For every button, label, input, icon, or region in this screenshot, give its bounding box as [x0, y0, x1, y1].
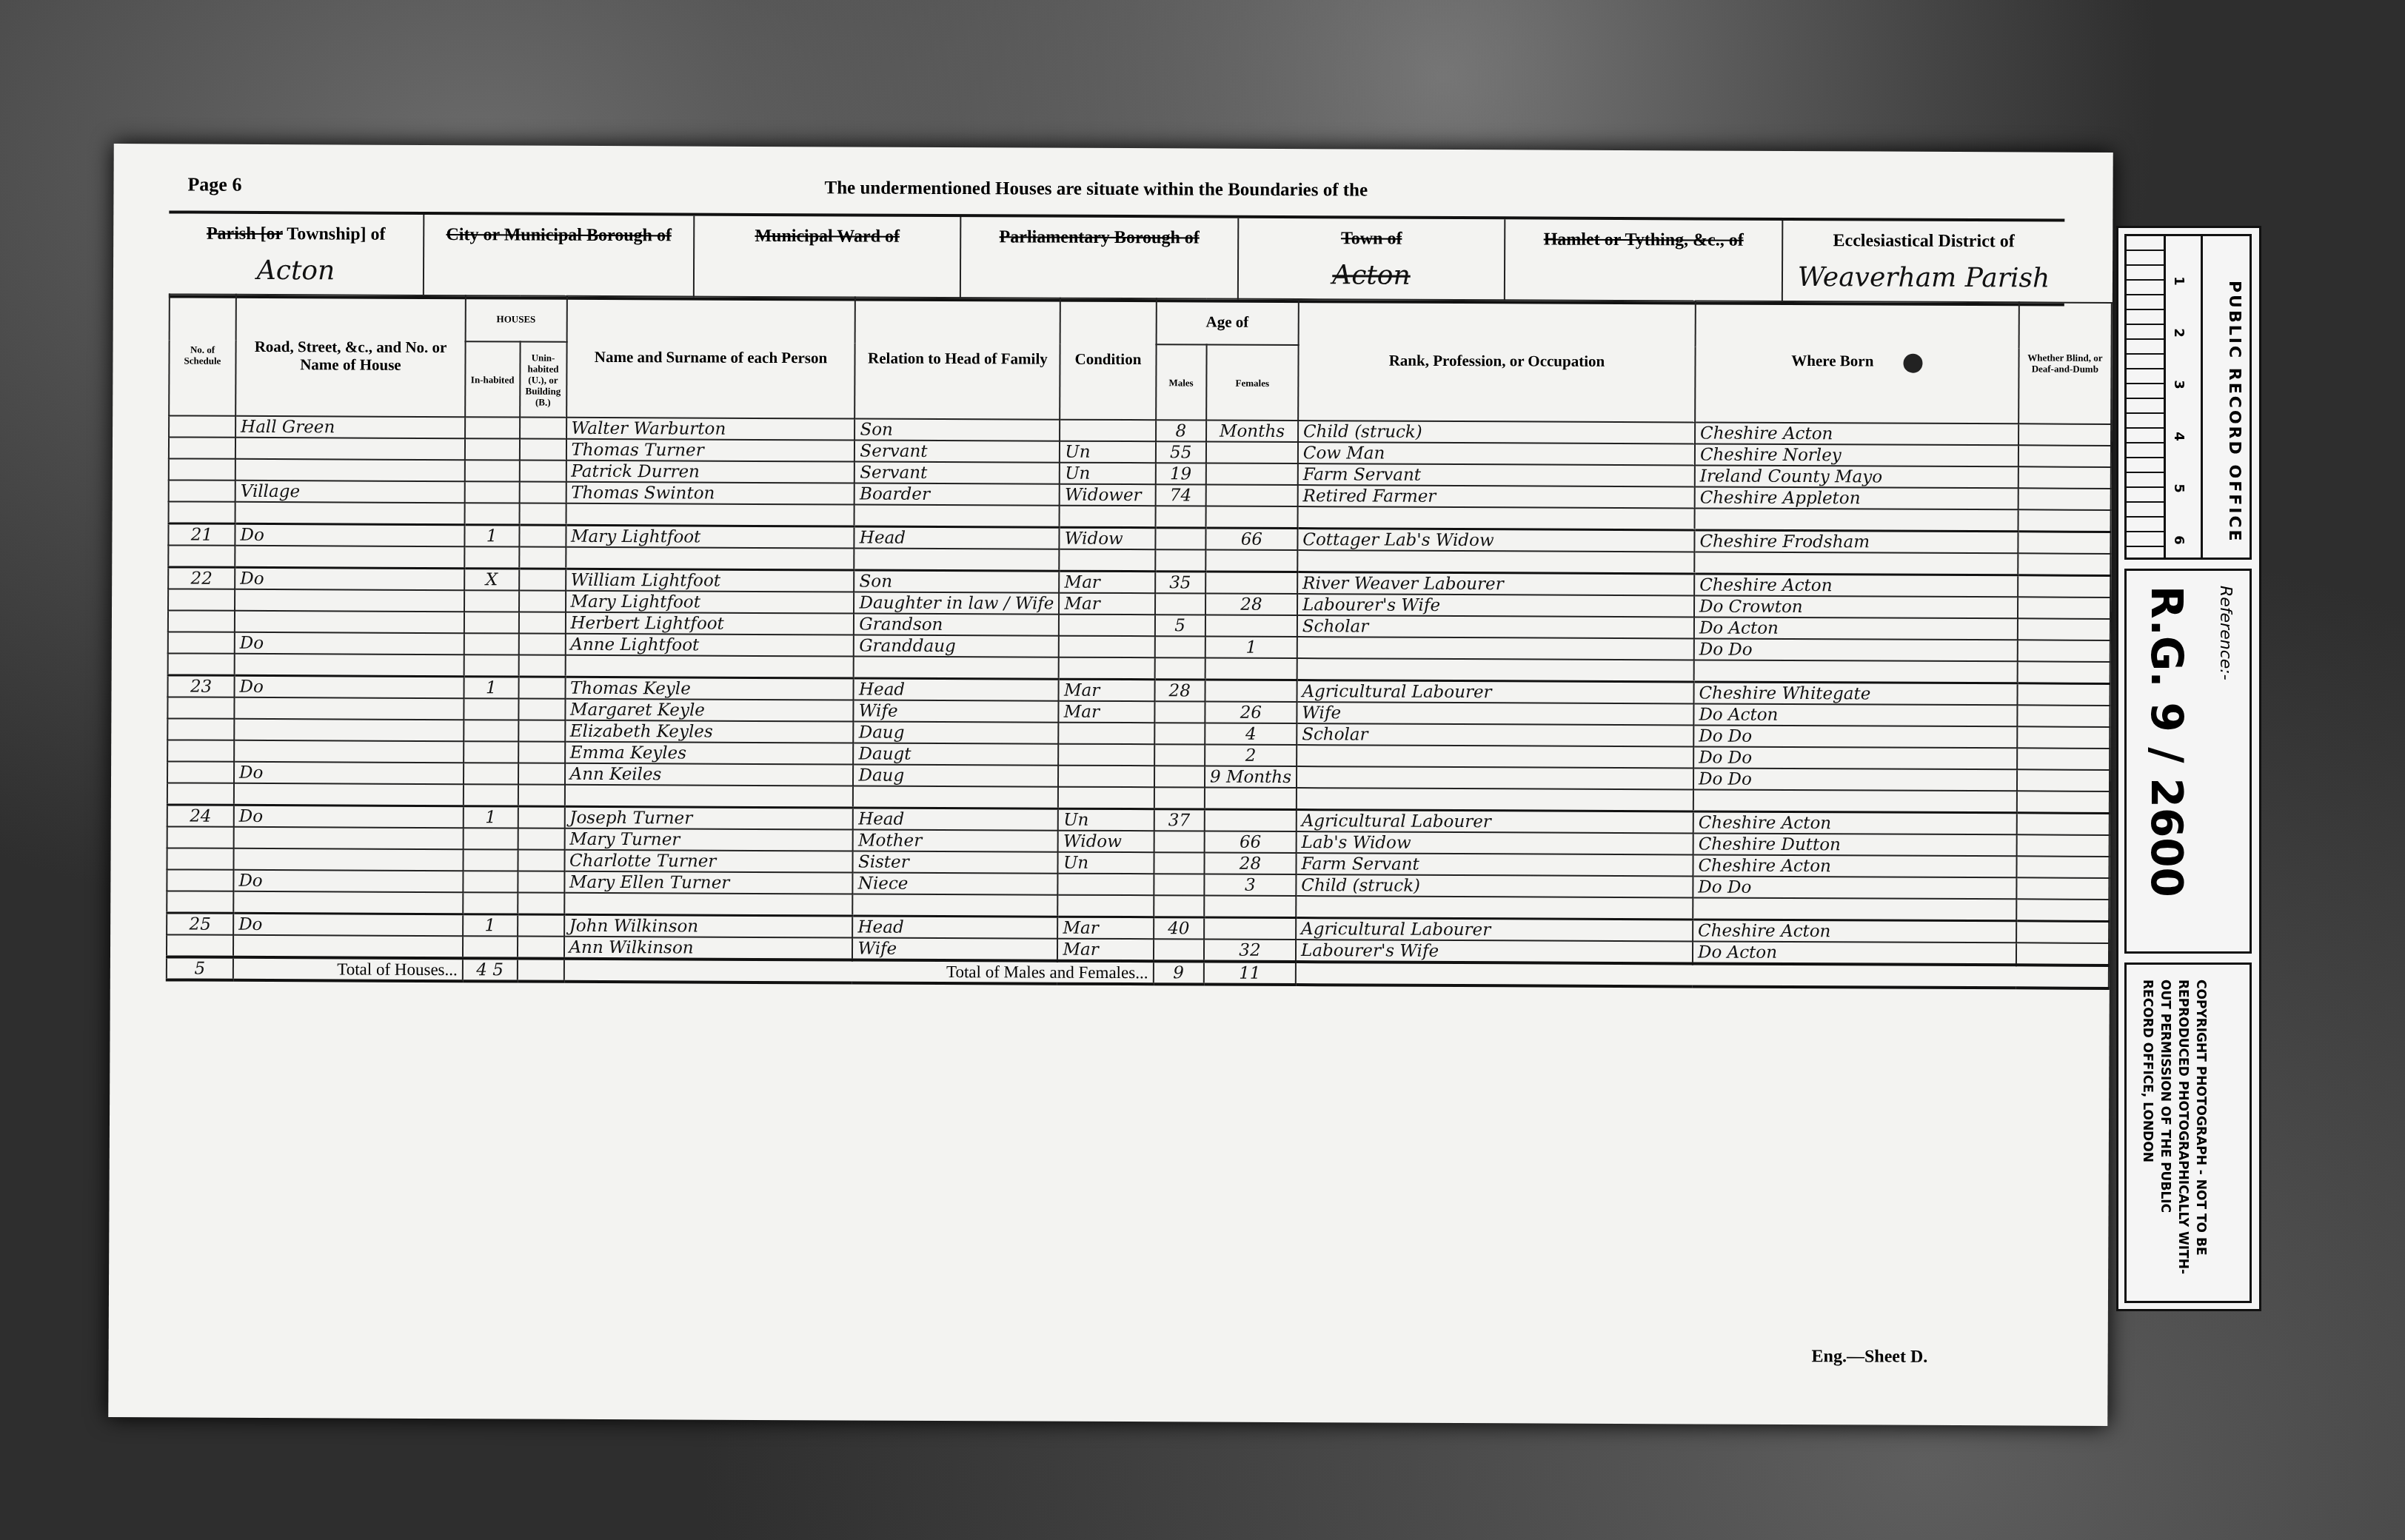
cell-condition [1060, 549, 1155, 572]
cell-relation: Head [854, 526, 1060, 549]
cell-condition: Mar [1058, 917, 1154, 939]
cell-condition [1059, 636, 1154, 658]
cell-infirmity [2017, 705, 2110, 727]
cell-born: Cheshire Acton [1693, 811, 2017, 834]
cell-schedule [169, 415, 235, 437]
cell-male-age: 55 [1155, 441, 1206, 463]
boundary-label: Ecclesiastical District of [1783, 231, 2064, 252]
cell-occupation [1297, 766, 1693, 789]
cell-condition [1058, 787, 1154, 809]
total-males: 9 [1153, 961, 1204, 984]
col-schedule: No. of Schedule [169, 294, 236, 415]
cell-born: Ireland County Mayo [1695, 465, 2018, 488]
cell-relation: Head [853, 916, 1058, 939]
cell-relation: Son [854, 418, 1060, 441]
col-condition: Condition [1060, 298, 1157, 421]
cell-road [234, 719, 464, 741]
cell-road [235, 589, 464, 612]
cell-condition: Mar [1059, 701, 1154, 723]
cell-name: Patrick Durren [566, 461, 854, 483]
cell-occupation: Farm Servant [1298, 463, 1695, 486]
cell-female-age [1205, 809, 1297, 831]
cell-infirmity [2018, 553, 2110, 575]
reference-code: R.G. 9 / 2600 [2141, 586, 2192, 897]
cell-schedule: 23 [168, 675, 235, 697]
cell-born: Cheshire Appleton [1695, 486, 2018, 509]
cell-road [233, 935, 463, 958]
cell-born: Cheshire Norley [1695, 443, 2018, 466]
cell-infirmity [2016, 921, 2109, 943]
cell-relation: Daug [854, 721, 1059, 743]
cell-infirmity [2017, 769, 2110, 791]
cell-female-age: Months [1206, 421, 1298, 443]
ruler-number: 4 [2171, 432, 2187, 441]
ruler-number: 6 [2171, 535, 2187, 545]
cell-schedule: 21 [168, 523, 235, 546]
cell-occupation: Wife [1297, 702, 1693, 725]
cell-schedule [169, 437, 235, 458]
cell-uninhabited [518, 612, 565, 634]
cell-condition: Un [1060, 441, 1155, 463]
struck-label: Municipal Ward of [695, 227, 960, 248]
cell-born: Do Acton [1694, 617, 2018, 640]
cell-male-age: 74 [1155, 484, 1206, 506]
cell-born [1694, 552, 2018, 575]
boundary-municipal-borough: City or Municipal Borough of [424, 215, 695, 298]
cell-male-age [1155, 528, 1206, 550]
cell-inhabited [464, 698, 518, 720]
cell-male-age: 37 [1154, 809, 1205, 831]
cell-uninhabited [519, 482, 566, 503]
cell-male-age [1154, 657, 1205, 680]
cell-road: Do [235, 523, 464, 546]
cell-road [235, 502, 465, 525]
cell-condition: Mar [1057, 939, 1153, 962]
cell-road [234, 697, 464, 720]
cell-female-age: 66 [1205, 528, 1297, 550]
cell-occupation [1297, 658, 1694, 682]
cell-road [234, 740, 464, 763]
cell-occupation: River Weaver Labourer [1297, 572, 1694, 596]
cell-male-age [1154, 831, 1205, 852]
cell-uninhabited [518, 655, 565, 677]
cell-uninhabited [518, 850, 564, 871]
cell-occupation: Cow Man [1298, 442, 1695, 465]
cell-inhabited: X [464, 569, 519, 591]
cell-occupation: Lab's Widow [1297, 831, 1693, 854]
col-occupation: Rank, Profession, or Occupation [1298, 299, 1696, 422]
cell-female-age: 3 [1204, 874, 1296, 897]
cell-uninhabited [520, 418, 566, 439]
cell-female-age [1206, 442, 1298, 464]
cell-born: Do Do [1693, 746, 2017, 769]
cell-occupation [1297, 637, 1694, 660]
cell-relation: Wife [854, 700, 1059, 722]
cell-occupation: Child (struck) [1296, 874, 1693, 897]
cell-male-age: 5 [1154, 615, 1205, 636]
cell-born: Cheshire Acton [1694, 574, 2018, 597]
cell-occupation: Cottager Lab's Widow [1297, 529, 1694, 552]
boundaries-header: Parish [or Township] of Acton City or Mu… [169, 210, 2064, 306]
cell-schedule [167, 697, 234, 718]
cell-relation: Son [854, 570, 1060, 593]
cell-schedule: 22 [168, 567, 235, 589]
cell-uninhabited [519, 569, 566, 591]
total-females: 11 [1204, 962, 1296, 985]
page-number: Page 6 [187, 174, 241, 196]
cell-condition: Un [1058, 852, 1154, 874]
cell-born: Cheshire Acton [1695, 422, 2018, 445]
cell-road: Village [235, 481, 465, 503]
cell-female-age [1205, 788, 1297, 810]
cell-inhabited [463, 936, 518, 958]
cell-relation: Daughter in law / Wife [854, 592, 1059, 614]
cell-name: Charlotte Turner [564, 850, 853, 873]
ruler-title: PUBLIC RECORD OFFICE [2225, 281, 2244, 543]
cell-condition: Widow [1060, 527, 1155, 549]
town-value: Acton [1239, 260, 1504, 292]
cell-relation: Servant [854, 440, 1060, 462]
cell-born [1693, 789, 2017, 812]
cell-relation: Daugt [854, 743, 1059, 765]
cell-male-age [1154, 636, 1205, 657]
cell-infirmity [2017, 791, 2110, 813]
cell-female-age [1204, 917, 1296, 940]
cell-infirmity [2018, 597, 2110, 619]
cell-uninhabited [519, 503, 566, 526]
boundary-municipal-ward: Municipal Ward of [695, 216, 961, 299]
copyright-text: COPYRIGHT PHOTOGRAPH - NOT TO BE REPRODU… [2138, 980, 2210, 1274]
cell-name [564, 893, 853, 916]
cell-male-age [1155, 506, 1206, 528]
cell-schedule [168, 589, 235, 610]
cell-condition [1058, 895, 1154, 917]
punch-hole-icon [1903, 353, 1922, 372]
total-schedules: 5 [167, 957, 233, 980]
cell-condition [1058, 874, 1154, 896]
cell-inhabited [463, 892, 518, 914]
cell-name: Thomas Turner [566, 439, 854, 462]
col-name: Name and Surname of each Person [566, 296, 856, 419]
cell-inhabited [465, 438, 520, 460]
cell-female-age [1205, 615, 1297, 637]
cell-female-age [1206, 485, 1298, 507]
boundary-label: Township] of [287, 224, 385, 244]
cell-road [235, 611, 464, 633]
total-houses-label: Total of Houses... [233, 957, 463, 981]
cell-inhabited [464, 590, 519, 612]
cell-uninhabited [518, 720, 565, 742]
struck-label: Hamlet or Tything, &c., of [1505, 230, 1782, 251]
boundaries-banner: The undermentioned Houses are situate wi… [824, 178, 1368, 201]
ruler-numbers: 1 2 3 4 5 6 [2164, 236, 2203, 558]
cell-relation: Granddaug [854, 635, 1059, 657]
cell-uninhabited [518, 806, 564, 828]
cell-inhabited: 1 [463, 914, 518, 937]
boundary-ecclesiastical: Ecclesiastical District of Weaverham Par… [1783, 221, 2064, 304]
cell-schedule: 24 [167, 805, 234, 827]
cell-road: Do [235, 675, 464, 698]
cell-name: Mary Ellen Turner [564, 871, 853, 894]
cell-female-age: 28 [1204, 853, 1296, 875]
cell-relation [853, 786, 1058, 808]
struck-label: Parish [or [207, 224, 283, 244]
cell-inhabited [464, 763, 518, 784]
cell-condition: Un [1060, 463, 1155, 485]
cell-relation: Servant [854, 461, 1060, 483]
cell-road [235, 459, 465, 481]
cell-infirmity [2016, 877, 2109, 900]
cell-name: Margaret Keyle [565, 699, 854, 722]
col-uninhabited: Unin-habited (U.), or Building (B.) [520, 342, 566, 418]
cell-schedule [169, 458, 235, 480]
cell-male-age [1154, 701, 1205, 723]
cell-male-age [1154, 895, 1205, 917]
cell-relation: Wife [852, 937, 1057, 960]
cell-schedule [168, 610, 235, 632]
cell-born: Do Acton [1693, 703, 2017, 726]
cell-born: Do Do [1693, 725, 2017, 748]
cell-born [1695, 508, 2018, 531]
sheet-footer: Eng.—Sheet D. [1812, 1347, 1928, 1367]
cell-uninhabited [519, 547, 566, 569]
total-uninhabited [517, 959, 563, 982]
cell-condition: Un [1058, 808, 1154, 831]
cell-uninhabited [519, 461, 566, 482]
cell-road [234, 827, 464, 849]
cell-male-age [1154, 787, 1205, 809]
cell-uninhabited [518, 699, 565, 720]
cell-female-age: 4 [1205, 723, 1297, 746]
cell-born [1693, 897, 2016, 920]
cell-uninhabited [518, 677, 565, 699]
cell-inhabited [464, 654, 519, 677]
cell-relation: Boarder [854, 483, 1060, 505]
col-age-of: Age of [1156, 298, 1299, 345]
cell-born: Do Do [1693, 768, 2017, 791]
totals-blank [1296, 962, 2109, 988]
ecclesiastical-value: Weaverham Parish [1783, 262, 2064, 294]
cell-name: Joseph Turner [564, 806, 853, 829]
cell-infirmity [2017, 661, 2110, 683]
cell-condition: Widow [1058, 831, 1154, 853]
cell-occupation: Agricultural Labourer [1296, 918, 1693, 942]
cell-uninhabited [518, 937, 564, 959]
struck-label: City or Municipal Borough of [424, 225, 693, 247]
cell-occupation: Agricultural Labourer [1297, 810, 1693, 834]
cell-road [233, 891, 463, 914]
col-relation: Relation to Head of Family [855, 297, 1061, 419]
cell-condition: Mar [1059, 593, 1154, 615]
cell-born [1694, 660, 2018, 683]
cell-born: Do Do [1694, 638, 2018, 661]
struck-label: Town of [1239, 229, 1504, 250]
cell-occupation: Child (struck) [1298, 421, 1695, 443]
total-houses-value: 4 5 [463, 958, 518, 981]
cell-schedule [167, 848, 233, 869]
col-where-born: Where Born [1695, 301, 2018, 423]
cell-uninhabited [519, 525, 566, 547]
cell-road: Do [235, 567, 464, 590]
cell-female-age [1205, 680, 1297, 702]
cell-uninhabited [518, 763, 565, 785]
cell-inhabited: 1 [464, 806, 518, 828]
cell-infirmity [2016, 813, 2109, 835]
cell-name: William Lightfoot [566, 569, 854, 592]
cell-occupation [1296, 896, 1693, 920]
cell-female-age: 2 [1205, 745, 1297, 767]
cell-road [235, 654, 464, 677]
cell-schedule [167, 761, 234, 783]
col-inhabited: In-habited [465, 341, 520, 417]
ruler-number: 5 [2171, 483, 2187, 493]
cell-male-age: 35 [1155, 572, 1206, 594]
cell-inhabited [465, 417, 520, 438]
cell-relation [854, 656, 1059, 679]
cell-road: Do [233, 913, 463, 936]
cell-infirmity [2017, 683, 2110, 706]
cell-male-age [1155, 593, 1206, 615]
cell-infirmity [2018, 423, 2111, 446]
cell-occupation: Scholar [1297, 723, 1693, 746]
cell-name [566, 503, 854, 526]
cell-uninhabited [518, 742, 565, 763]
cell-condition [1059, 657, 1154, 680]
cell-infirmity [2018, 445, 2111, 467]
cell-infirmity [2017, 726, 2110, 749]
cell-uninhabited [519, 591, 566, 612]
cell-name: Anne Lightfoot [565, 634, 854, 657]
cell-male-age [1154, 874, 1205, 895]
col-males: Males [1156, 344, 1207, 420]
cell-female-age [1206, 463, 1298, 486]
census-page: Page 6 The undermentioned Houses are sit… [108, 144, 2113, 1426]
cell-inhabited [463, 849, 518, 871]
cell-female-age [1205, 506, 1297, 529]
cell-uninhabited [518, 871, 564, 893]
cell-schedule [167, 740, 234, 761]
cell-road: Do [234, 762, 464, 784]
cell-relation [853, 894, 1058, 917]
cell-condition [1060, 506, 1155, 528]
cell-female-age: 9 Months [1205, 766, 1297, 789]
cell-occupation: Agricultural Labourer [1297, 680, 1693, 704]
col-infirmity: Whether Blind, or Deaf-and-Dumb [2018, 302, 2112, 424]
cell-inhabited [464, 784, 518, 806]
cell-occupation [1297, 788, 1693, 811]
cell-schedule [168, 653, 235, 675]
cell-name [564, 785, 853, 808]
cell-schedule [167, 783, 234, 805]
cell-schedule [167, 869, 233, 891]
cell-inhabited [465, 481, 520, 503]
boundary-township: Parish [or Township] of Acton [169, 213, 424, 296]
cell-infirmity [2017, 640, 2110, 662]
col-females: Females [1206, 345, 1298, 421]
township-value: Acton [169, 255, 423, 286]
cell-uninhabited [518, 828, 564, 850]
cell-condition: Widower [1060, 484, 1155, 506]
cell-infirmity [2018, 575, 2110, 597]
cell-male-age: 8 [1156, 420, 1207, 441]
cell-male-age [1154, 744, 1205, 766]
cell-name: Mary Turner [564, 828, 853, 851]
cell-infirmity [2018, 532, 2110, 554]
ruler-ticks [2127, 236, 2166, 558]
cell-occupation: Retired Farmer [1298, 485, 1695, 508]
cell-male-age [1154, 723, 1205, 744]
cell-schedule [167, 934, 233, 957]
cell-female-age [1205, 572, 1297, 594]
cell-male-age [1153, 939, 1204, 961]
cell-condition [1059, 723, 1154, 745]
cell-occupation: Labourer's Wife [1296, 940, 1693, 963]
cell-name: Herbert Lightfoot [565, 612, 854, 635]
ruler-number: 2 [2171, 328, 2187, 338]
cell-condition [1060, 420, 1155, 442]
cell-infirmity [2018, 509, 2110, 532]
cell-name: Elizabeth Keyles [565, 720, 854, 743]
cell-born: Cheshire Acton [1693, 854, 2016, 877]
cell-relation: Grandson [854, 613, 1059, 635]
cell-condition: Mar [1060, 571, 1155, 593]
where-born-label: Where Born [1791, 352, 1873, 369]
cell-inhabited [465, 460, 520, 481]
cell-relation: Head [853, 808, 1058, 831]
cell-infirmity [2018, 488, 2110, 510]
cell-uninhabited [518, 893, 564, 915]
cell-infirmity [2017, 748, 2110, 770]
cell-male-age [1154, 852, 1205, 874]
cell-male-age [1154, 766, 1205, 787]
cell-name: Ann Wilkinson [563, 937, 852, 960]
cell-infirmity [2018, 466, 2110, 489]
cell-road [234, 848, 464, 871]
cell-name: Thomas Keyle [565, 677, 854, 700]
total-persons-label: Total of Males and Females... [563, 959, 1153, 984]
cell-name: John Wilkinson [564, 914, 853, 937]
cell-name: Mary Lightfoot [566, 591, 854, 614]
cell-condition [1059, 615, 1154, 637]
cell-female-age [1205, 658, 1297, 680]
cell-inhabited: 1 [464, 677, 518, 699]
cell-male-age: 28 [1154, 680, 1205, 702]
cell-schedule [168, 632, 235, 653]
cell-born: Cheshire Frodsham [1694, 530, 2018, 553]
cell-born: Do Do [1693, 876, 2016, 899]
cell-name: Mary Lightfoot [566, 525, 854, 548]
cell-schedule: 25 [167, 913, 233, 935]
cell-condition [1058, 766, 1154, 788]
cell-relation [854, 548, 1060, 571]
cell-infirmity [2016, 856, 2109, 878]
cell-inhabited [464, 720, 518, 741]
boundary-town: Town of Acton [1239, 218, 1505, 301]
cell-road: Do [234, 805, 464, 828]
reference-box: Reference:- R.G. 9 / 2600 [2124, 569, 2252, 954]
cell-road: Do [233, 870, 463, 892]
cell-relation [854, 504, 1060, 527]
cell-born: Cheshire Acton [1693, 920, 2016, 943]
cell-infirmity [2016, 899, 2109, 921]
col-road: Road, Street, &c., and No. or Name of Ho… [235, 295, 466, 417]
cell-name: Ann Keiles [564, 763, 853, 786]
scale-ruler: 1 2 3 4 5 6 PUBLIC RECORD OFFICE [2124, 234, 2252, 560]
cell-schedule [169, 480, 235, 501]
cell-relation: Niece [853, 872, 1058, 894]
cell-female-age: 26 [1205, 702, 1297, 724]
cell-occupation [1297, 745, 1693, 768]
